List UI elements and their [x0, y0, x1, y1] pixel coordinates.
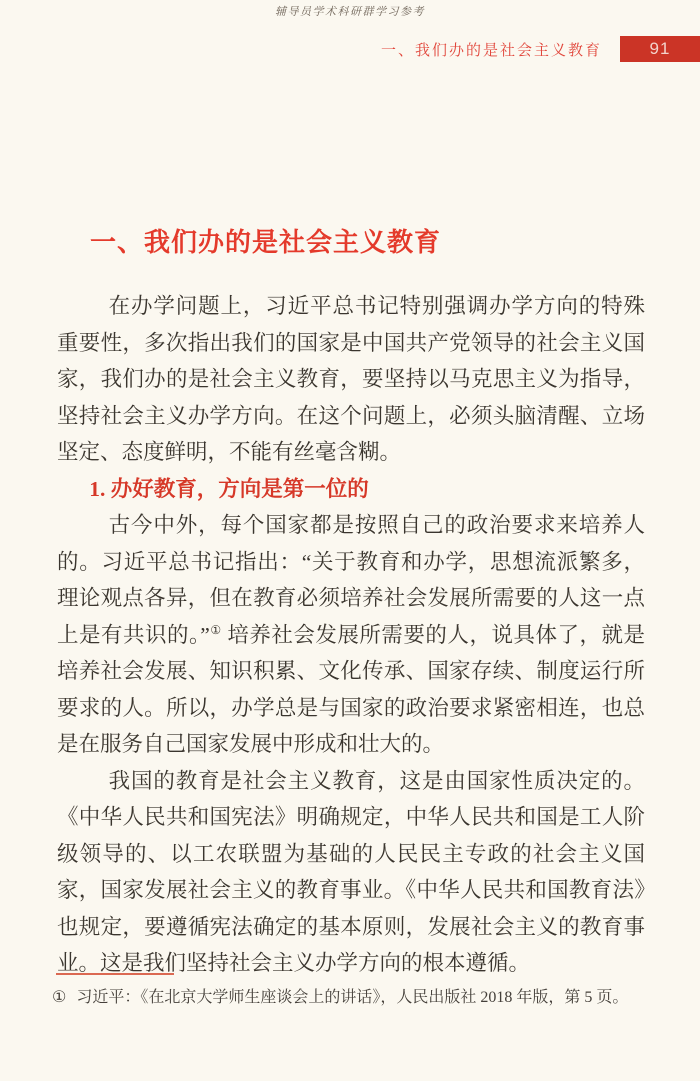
footnote-marker: ①: [52, 989, 66, 1006]
watermark-text: 辅导员学术科研群学习参考: [0, 3, 700, 19]
main-text: 在办学问题上，习近平总书记特别强调办学方向的特殊重要性，多次指出我们的国家是中国…: [57, 288, 645, 982]
footnote: ①习近平：《在北京大学师生座谈会上的讲话》，人民出版社 2018 年版，第 5 …: [52, 986, 662, 1010]
page-header: 一、我们办的是社会主义教育 91: [0, 36, 700, 62]
footnote-divider: [56, 973, 174, 975]
paragraph-2: 古今中外，每个国家都是按照自己的政治要求来培养人的。习近平总书记指出：“关于教育…: [57, 507, 645, 763]
section-heading: 1. 办好教育，方向是第一位的: [57, 471, 645, 508]
footnote-text: 习近平：《在北京大学师生座谈会上的讲话》，人民出版社 2018 年版，第 5 页…: [76, 989, 628, 1006]
footnote-reference-marker: ①: [210, 622, 222, 636]
paragraph-1: 在办学问题上，习近平总书记特别强调办学方向的特殊重要性，多次指出我们的国家是中国…: [57, 288, 645, 471]
page-number: 91: [650, 39, 671, 59]
book-page: 辅导员学术科研群学习参考 一、我们办的是社会主义教育 91 一、我们办的是社会主…: [0, 0, 700, 1081]
chapter-title: 一、我们办的是社会主义教育: [90, 222, 441, 259]
paragraph-3: 我国的教育是社会主义教育，这是由国家性质决定的。《中华人民共和国宪法》明确规定，…: [57, 763, 645, 982]
running-title: 一、我们办的是社会主义教育: [381, 39, 602, 60]
page-number-badge: 91: [620, 36, 700, 62]
